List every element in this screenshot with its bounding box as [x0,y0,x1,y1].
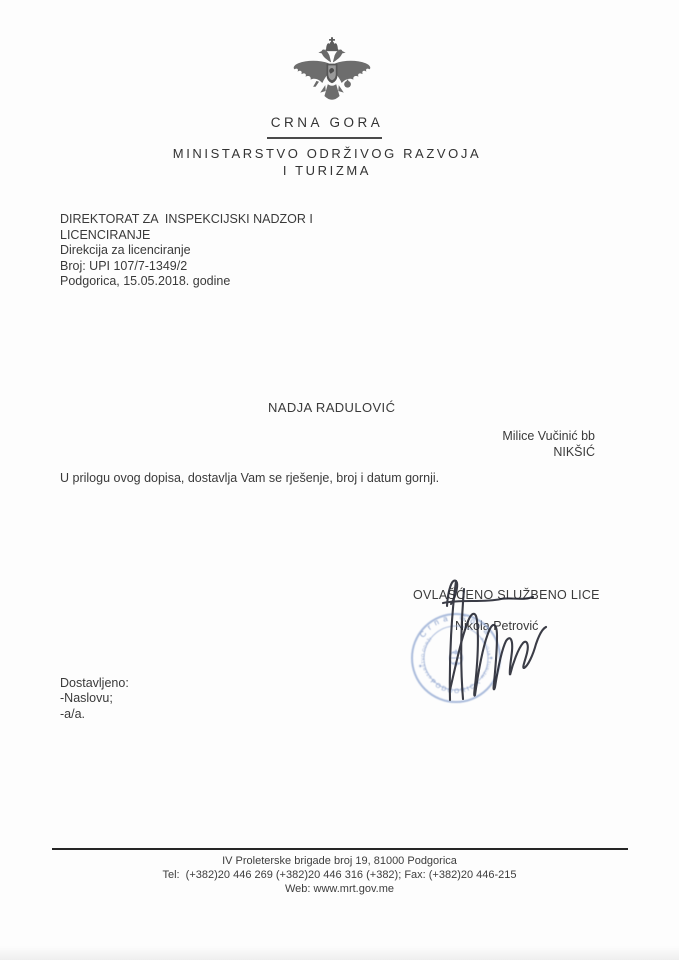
eagle-tail [320,84,344,100]
scanned-official-letter: CRNA GORA MINISTARSTVO ODRŽIVOG RAZVOJA … [0,0,679,960]
footer-address: IV Proleterske brigade broj 19, 81000 Po… [0,854,679,868]
ministry-title: MINISTARSTVO ODRŽIVOG RAZVOJA I TURIZMA [0,146,654,179]
eagle-shield [327,64,338,84]
delivery-item: -a/a. [60,707,129,722]
footer-contacts: Tel: (+382)20 446 269 (+382)20 446 316 (… [0,868,679,882]
sender-directorate-line2: LICENCIRANJE [60,228,313,244]
ministry-title-line1: MINISTARSTVO ODRŽIVOG RAZVOJA [0,146,654,163]
scan-edge-shadow [0,946,679,960]
reference-number: Broj: UPI 107/7-1349/2 [60,259,313,275]
footer-block: IV Proleterske brigade broj 19, 81000 Po… [0,854,679,896]
recipient-name: NADJA RADULOVIĆ [268,400,395,415]
eagle-heads [318,49,345,62]
place-and-date: Podgorica, 15.05.2018. godine [60,274,313,290]
country-title: CRNA GORA [0,115,654,130]
sender-directorate-line3: Direkcija za licenciranje [60,243,313,259]
recipient-city: NIKŠIĆ [400,445,595,461]
handwritten-signature [400,555,570,720]
sender-block: DIREKTORAT ZA INSPEKCIJSKI NADZOR I LICE… [60,212,313,290]
footer-divider [52,848,628,850]
footer-website: Web: www.mrt.gov.me [0,882,679,896]
letter-body-text: U prilogu ovog dopisa, dostavlja Vam se … [60,471,439,485]
delivery-item: -Naslovu; [60,691,129,706]
sender-directorate-line1: DIREKTORAT ZA INSPEKCIJSKI NADZOR I [60,212,313,228]
ministry-title-line2: I TURIZMA [0,163,654,180]
recipient-street: Milice Vučinić bb [400,429,595,445]
delivery-label: Dostavljeno: [60,676,129,691]
header-divider [267,137,382,139]
recipient-address: Milice Vučinić bb NIKŠIĆ [400,429,595,460]
coat-of-arms-icon [290,37,374,113]
crown [326,37,339,51]
delivery-block: Dostavljeno: -Naslovu; -a/a. [60,676,129,722]
